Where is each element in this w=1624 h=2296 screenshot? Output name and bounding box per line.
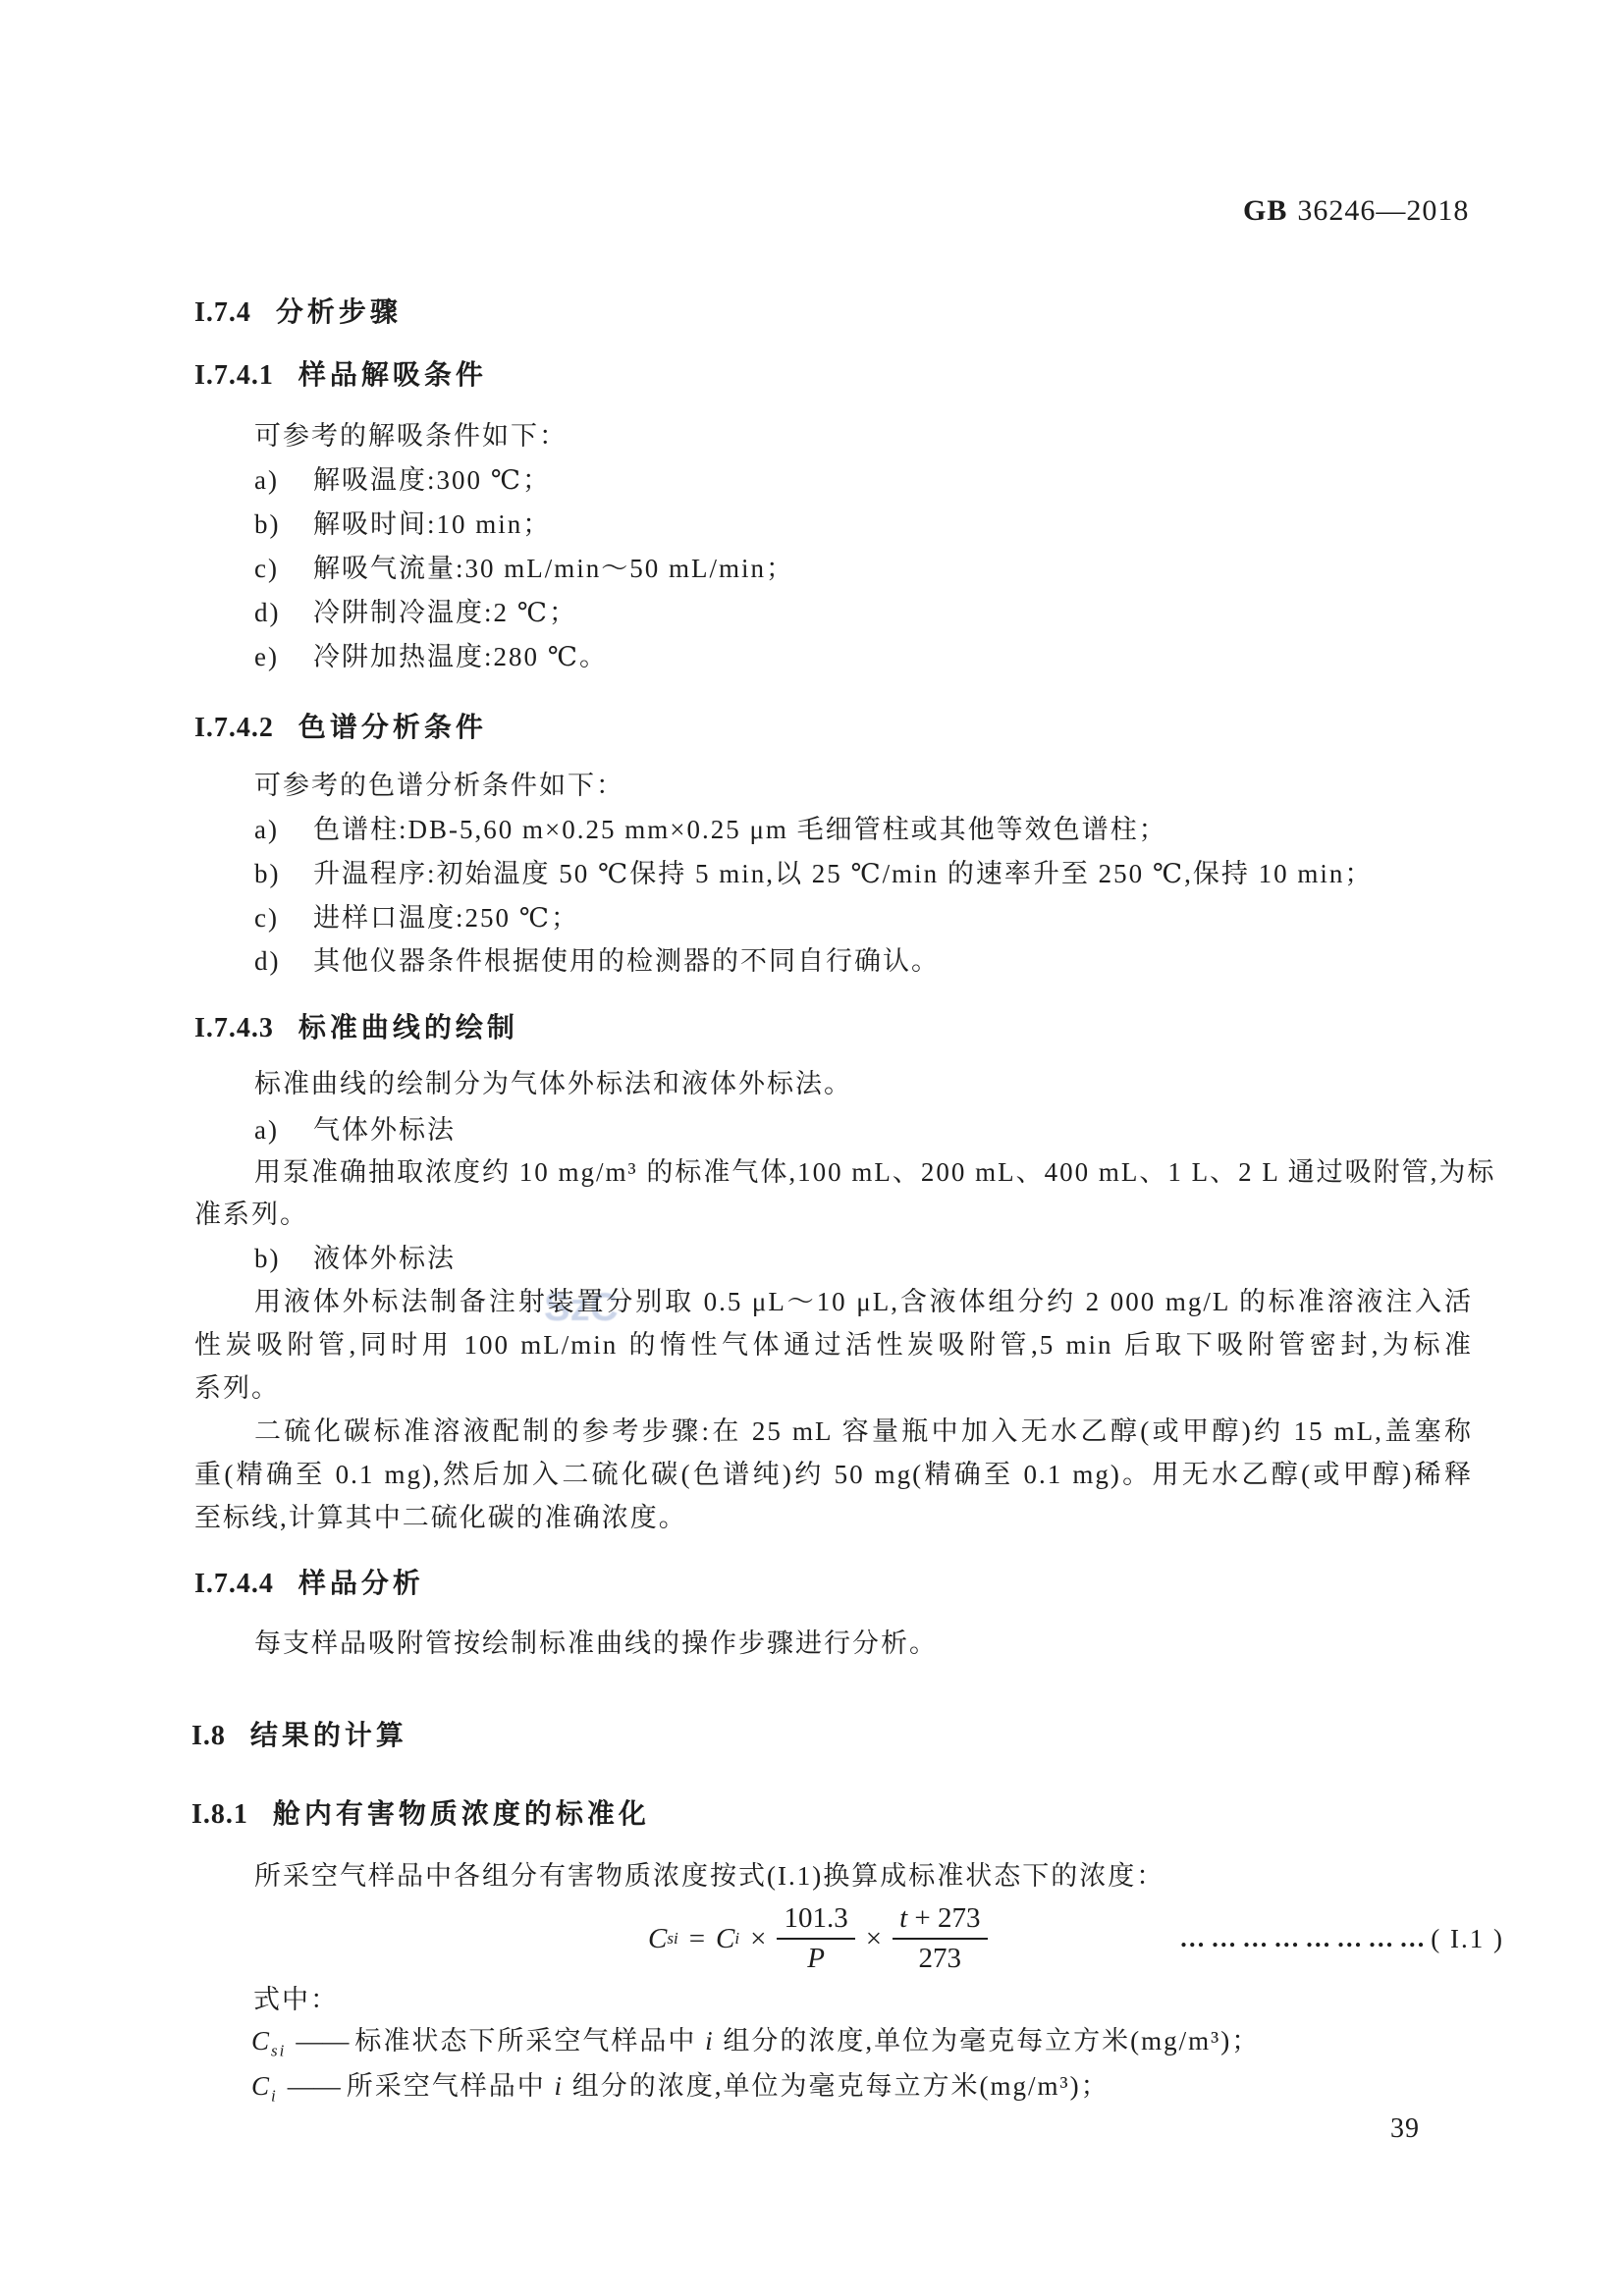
list-item-label: a)	[254, 814, 313, 847]
symbol-var: C	[251, 2026, 271, 2056]
list-item-text: 其他仪器条件根据使用的检测器的不同自行确认。	[313, 945, 940, 979]
list-item-text: 冷阱制冷温度:2 ℃；	[313, 597, 577, 630]
paragraph-line: 重(精确至 0.1 mg),然后加入二硫化碳(色谱纯)约 50 mg(精确至 0…	[194, 1459, 1473, 1492]
section-title: 色谱分析条件	[298, 712, 487, 742]
section-heading-i7442: I.7.4.2色谱分析条件	[194, 706, 487, 745]
list-item-text: 解吸温度:300 ℃；	[313, 464, 551, 498]
section-title: 样品分析	[298, 1568, 424, 1598]
list-item-text: 冷阱加热温度:280 ℃。	[313, 641, 608, 674]
paragraph-line: 标准曲线的绘制分为气体外标法和液体外标法。	[254, 1068, 852, 1101]
equals-sign: =	[689, 1923, 705, 1955]
fraction-numerator: t + 273	[893, 1902, 987, 1940]
definition-dash: ——	[296, 2026, 349, 2056]
formula-rhs-var: C	[716, 1923, 734, 1955]
list-item-label: a)	[254, 464, 313, 498]
section-number: I.7.4.3	[194, 1013, 274, 1043]
section-title: 结果的计算	[250, 1720, 407, 1750]
times-sign: ×	[750, 1923, 766, 1955]
fraction-temperature: t + 273 273	[893, 1902, 987, 1976]
fraction-pressure: 101.3 P	[777, 1902, 854, 1976]
list-item-label: c)	[254, 553, 313, 586]
section-number: I.8	[191, 1721, 226, 1751]
page-number: 39	[1390, 2113, 1420, 2145]
component-index: i	[705, 2026, 715, 2056]
list-item: b) 解吸时间:10 min；	[254, 508, 551, 542]
list-item: a) 色谱柱:DB-5,60 m×0.25 mm×0.25 μm 毛细管柱或其他…	[254, 814, 1167, 847]
formula-lhs-sub: si	[667, 1929, 677, 1949]
list-item-text: 气体外标法	[313, 1114, 456, 1148]
symbol-sub: i	[271, 2086, 278, 2105]
where-label: 式中：	[253, 1984, 339, 2017]
fraction-numerator: 101.3	[777, 1902, 854, 1940]
list-item: e) 冷阱加热温度:280 ℃。	[254, 641, 608, 674]
paragraph-line: 准系列。	[194, 1199, 308, 1232]
paragraph-line: 每支样品吸附管按绘制标准曲线的操作步骤进行分析。	[254, 1628, 938, 1661]
section-heading-i8: I.8结果的计算	[191, 1714, 407, 1753]
section-heading-i81: I.8.1舱内有害物质浓度的标准化	[191, 1792, 650, 1832]
symbol-var: C	[251, 2071, 271, 2101]
standard-number-header: GB36246—2018	[1243, 194, 1469, 228]
list-item: a) 气体外标法	[254, 1114, 456, 1148]
list-item-label: b)	[254, 508, 313, 542]
section-number: I.7.4.1	[194, 360, 274, 391]
section-heading-i7443: I.7.4.3标准曲线的绘制	[194, 1006, 518, 1045]
fraction-denominator: P	[777, 1940, 854, 1975]
section-heading-i7444: I.7.4.4样品分析	[194, 1562, 424, 1601]
section-number: I.7.4.2	[194, 713, 274, 743]
section-title: 分析步骤	[276, 296, 402, 327]
section-heading-i7441: I.7.4.1样品解吸条件	[194, 353, 487, 393]
definition-text: 组分的浓度,单位为毫克每立方米(mg/m³)；	[715, 2026, 1261, 2056]
paragraph-line: 用泵准确抽取浓度约 10 mg/m³ 的标准气体,100 mL、200 mL、4…	[254, 1156, 1473, 1190]
list-item: c) 解吸气流量:30 mL/min～50 mL/min；	[254, 553, 794, 586]
list-item: d) 其他仪器条件根据使用的检测器的不同自行确认。	[254, 945, 940, 979]
list-item-text: 进样口温度:250 ℃；	[313, 902, 579, 935]
list-item-label: b)	[254, 858, 313, 891]
list-item-label: b)	[254, 1243, 313, 1276]
paragraph-line: 所采空气样品中各组分有害物质浓度按式(I.1)换算成标准状态下的浓度：	[254, 1860, 1164, 1894]
paragraph-line: 性炭吸附管,同时用 100 mL/min 的惰性气体通过活性炭吸附管,5 min…	[194, 1329, 1473, 1362]
formula-lhs-var: C	[648, 1923, 667, 1955]
section-number: I.7.4	[194, 297, 251, 328]
definition-text: 所采空气样品中	[347, 2071, 555, 2101]
fraction-denominator: 273	[893, 1940, 987, 1975]
list-item-label: c)	[254, 902, 313, 935]
section-title: 舱内有害物质浓度的标准化	[273, 1798, 650, 1829]
dot-leader: ……………………	[1007, 1924, 1432, 1953]
formula-rhs-sub: i	[734, 1929, 739, 1949]
document-page: SzC GB36246—2018 I.7.4分析步骤 I.7.4.1样品解吸条件…	[0, 0, 1624, 2296]
paragraph-line: 至标线,计算其中二硫化碳的准确浓度。	[194, 1502, 687, 1535]
formula-i1: Csi = Ci × 101.3 P × t + 273 273 ……………………	[648, 1896, 1504, 1981]
list-item-label: a)	[254, 1114, 313, 1148]
list-item: b) 液体外标法	[254, 1243, 456, 1276]
standard-number: 36246—2018	[1297, 194, 1469, 227]
list-item: a) 解吸温度:300 ℃；	[254, 464, 551, 498]
definition-text: 组分的浓度,单位为毫克每立方米(mg/m³)；	[564, 2071, 1110, 2101]
list-item: b) 升温程序:初始温度 50 ℃保持 5 min,以 25 ℃/min 的速率…	[254, 858, 1373, 891]
list-item-label: d)	[254, 597, 313, 630]
paragraph-line: 用液体外标法制备注射装置分别取 0.5 μL～10 μL,含液体组分约 2 00…	[254, 1286, 1473, 1319]
formula-number: ( I.1 )	[1431, 1924, 1504, 1954]
list-item-text: 解吸时间:10 min；	[313, 508, 551, 542]
definition-text: 标准状态下所采空气样品中	[354, 2026, 705, 2056]
list-item-text: 色谱柱:DB-5,60 m×0.25 mm×0.25 μm 毛细管柱或其他等效色…	[313, 814, 1167, 847]
paragraph-line: 可参考的解吸条件如下：	[254, 420, 568, 454]
paragraph-line: 可参考的色谱分析条件如下：	[254, 770, 624, 803]
list-item-text: 升温程序:初始温度 50 ℃保持 5 min,以 25 ℃/min 的速率升至 …	[313, 858, 1373, 891]
section-number: I.8.1	[191, 1799, 248, 1830]
list-item-text: 解吸气流量:30 mL/min～50 mL/min；	[313, 553, 794, 586]
symbol-definition: Csi——标准状态下所采空气样品中 i 组分的浓度,单位为毫克每立方米(mg/m…	[251, 2019, 1260, 2060]
symbol-sub: si	[271, 2041, 286, 2059]
numerator-rest: + 273	[914, 1902, 980, 1934]
paragraph-line: 系列。	[194, 1372, 280, 1406]
section-title: 标准曲线的绘制	[298, 1012, 518, 1042]
temperature-var: t	[899, 1902, 907, 1934]
list-item: c) 进样口温度:250 ℃；	[254, 902, 579, 935]
section-heading-i744: I.7.4分析步骤	[194, 291, 402, 330]
standard-prefix: GB	[1243, 194, 1287, 227]
symbol-definition: Ci——所采空气样品中 i 组分的浓度,单位为毫克每立方米(mg/m³)；	[251, 2064, 1110, 2106]
list-item-label: e)	[254, 641, 313, 674]
section-title: 样品解吸条件	[298, 359, 487, 390]
paragraph-line: 二硫化碳标准溶液配制的参考步骤:在 25 mL 容量瓶中加入无水乙醇(或甲醇)约…	[254, 1415, 1473, 1449]
component-index: i	[555, 2071, 565, 2101]
formula-math: Csi = Ci × 101.3 P × t + 273 273	[648, 1902, 988, 1976]
list-item: d) 冷阱制冷温度:2 ℃；	[254, 597, 577, 630]
section-number: I.7.4.4	[194, 1569, 274, 1599]
times-sign: ×	[866, 1923, 882, 1955]
list-item-text: 液体外标法	[313, 1243, 456, 1276]
list-item-label: d)	[254, 945, 313, 979]
definition-dash: ——	[288, 2071, 341, 2101]
